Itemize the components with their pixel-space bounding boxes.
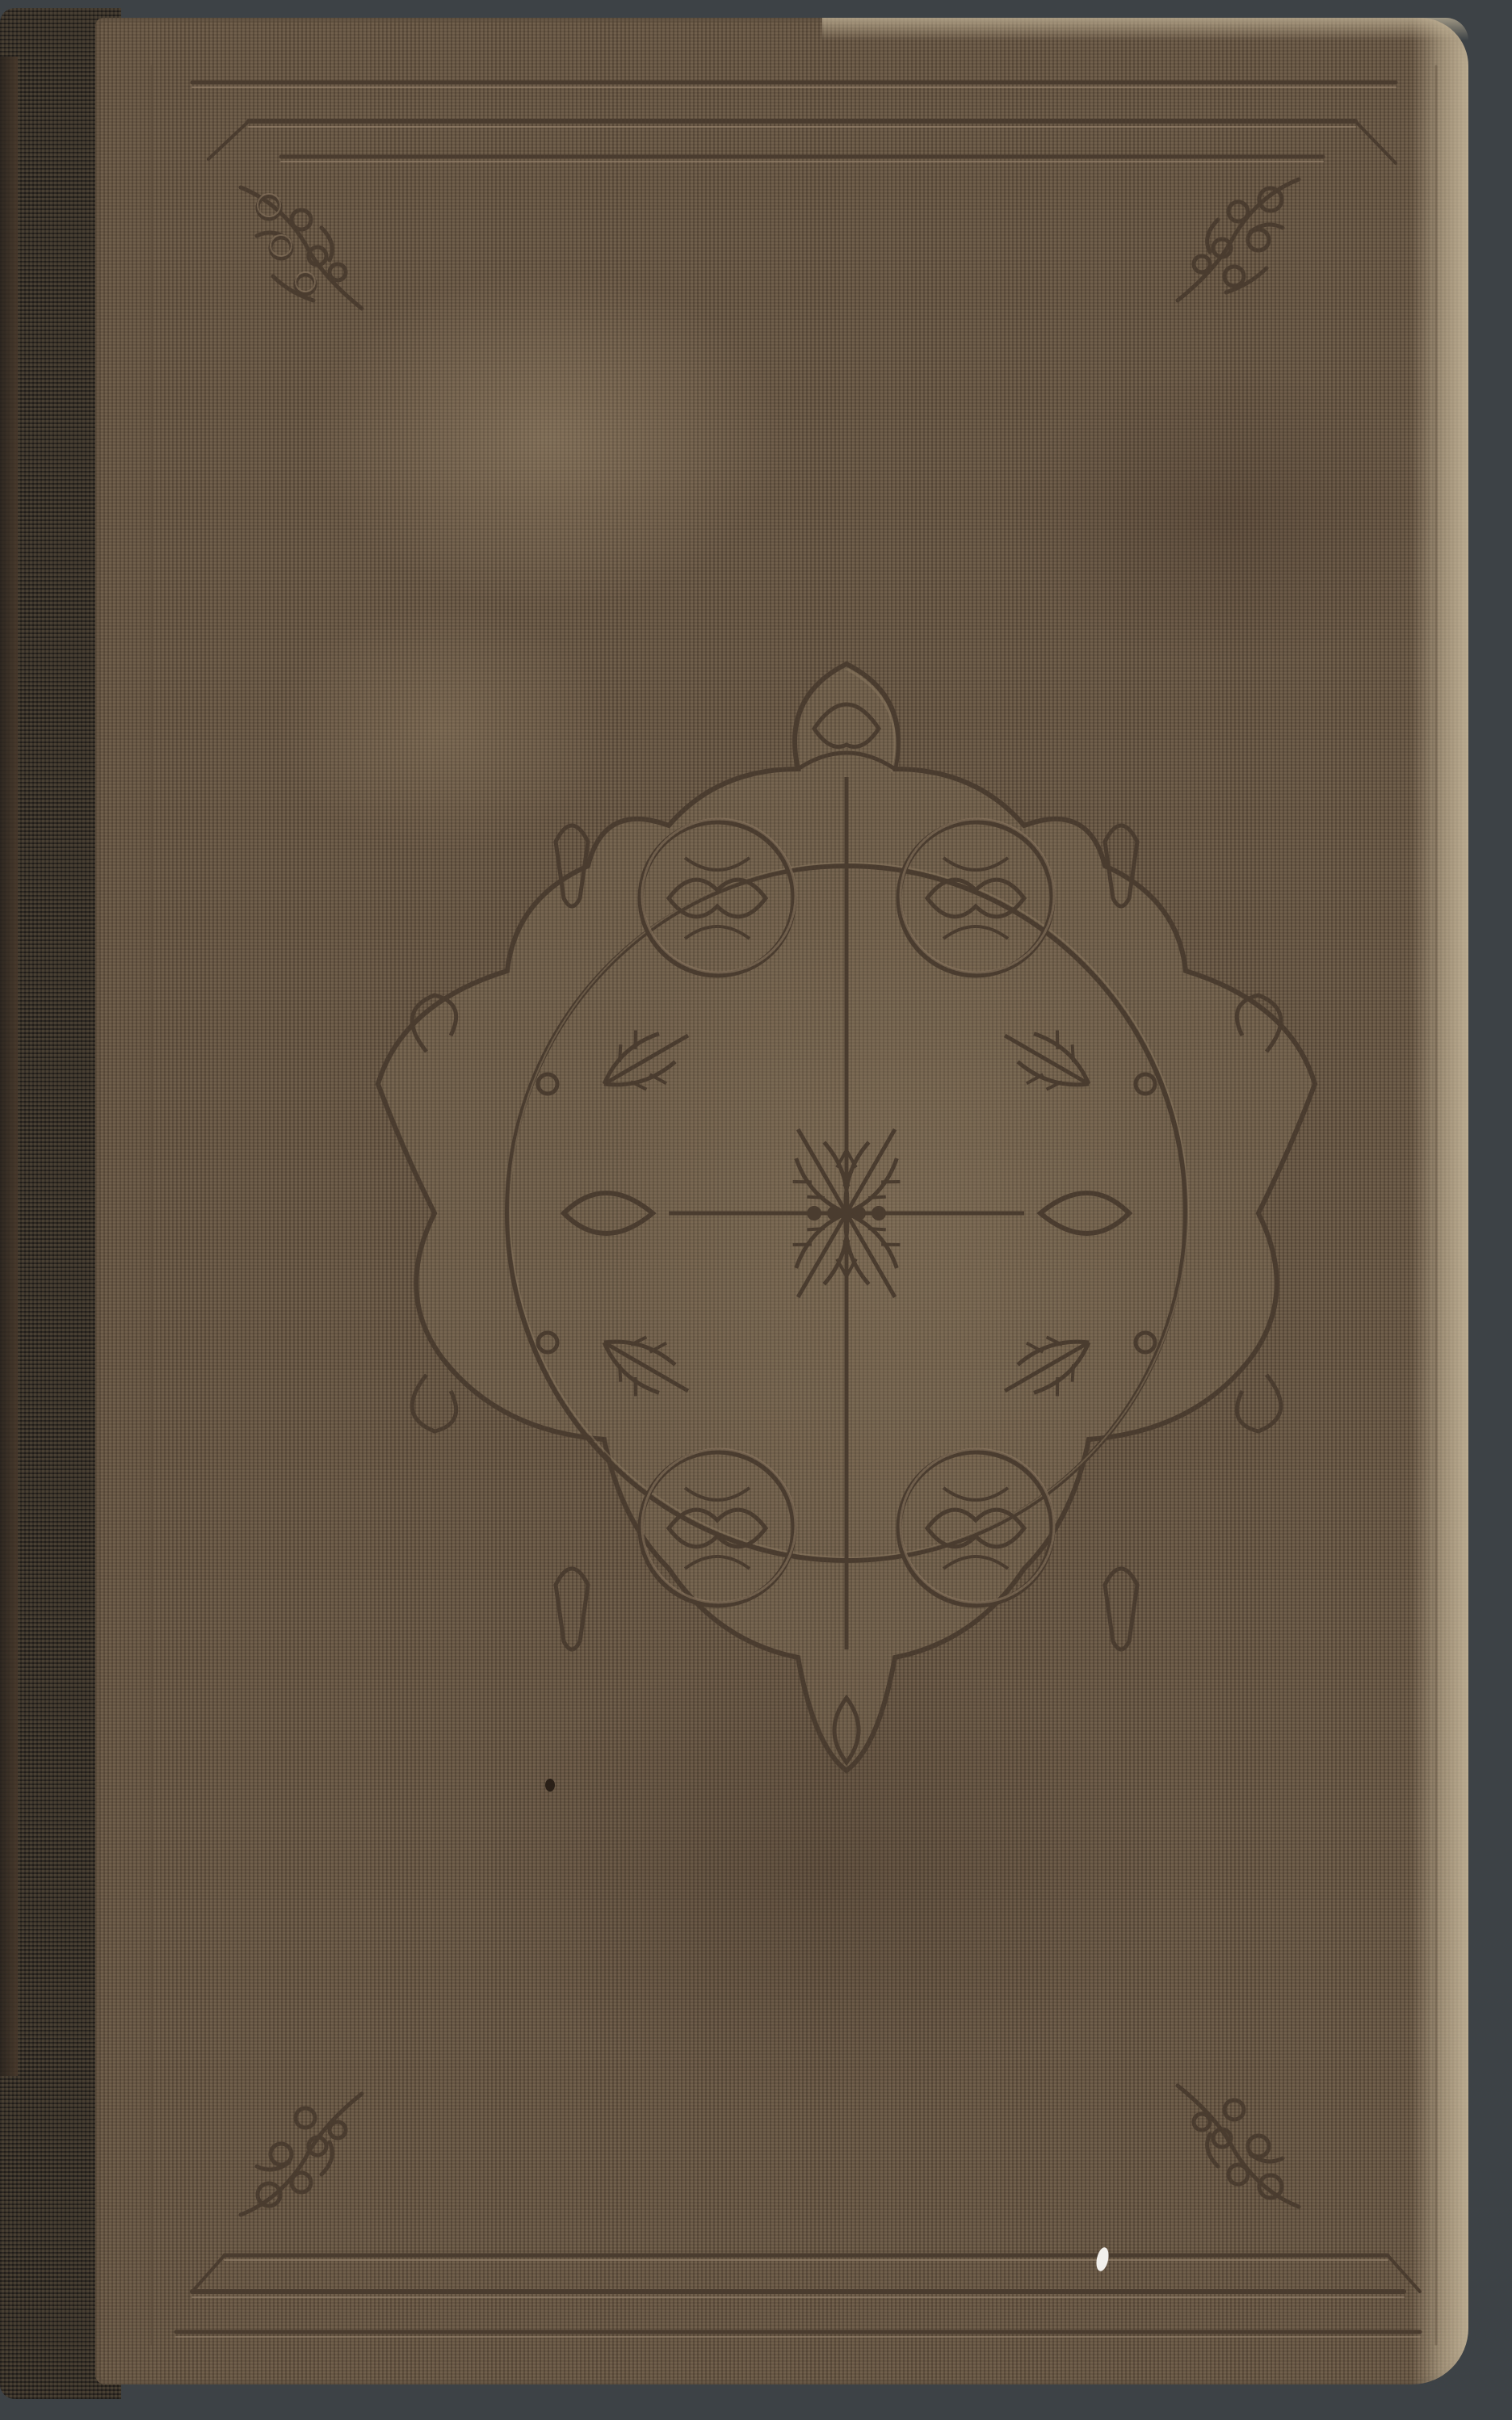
- spine-worn-edge: [0, 57, 18, 2076]
- bottom-rules-icon: [176, 2255, 1420, 2337]
- corner-floral-ornament-icon: [225, 2069, 386, 2231]
- stain-spot: [545, 1779, 555, 1792]
- corner-floral-ornament-icon: [1153, 163, 1315, 325]
- book-front-board: [95, 18, 1468, 2384]
- top-rules-icon: [192, 82, 1396, 163]
- book-photo-scene: [0, 0, 1512, 2420]
- corner-floral-ornament-icon: [1153, 2061, 1315, 2223]
- corner-floral-ornament-icon: [225, 171, 386, 333]
- central-arabesque-medallion-icon: [362, 632, 1331, 1795]
